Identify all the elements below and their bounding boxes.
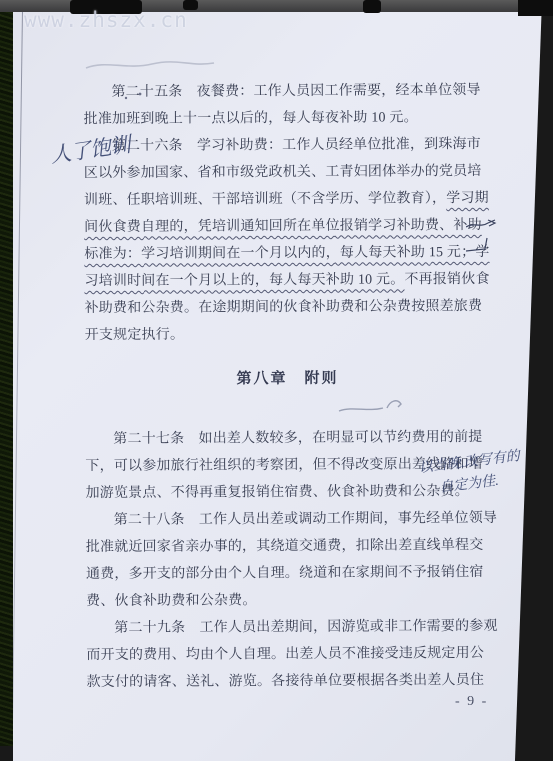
pencil-squiggle-middle (335, 395, 415, 419)
text-segment: 区以外参加国家、省和市级党政机关、工青妇团体举办的党员培 (84, 164, 482, 181)
text-segment: 批准加班到晚上十一点以后的，每人每夜补助 10 元。 (84, 110, 418, 127)
text-line: 区以外参加国家、省和市级党政机关、工青妇团体举办的党员培 (84, 158, 489, 187)
text-line: 批准就近回家省亲办事的，其绕道交通费，扣除出差直线单程交 (86, 532, 491, 561)
ink-flourish-hook (466, 236, 494, 256)
text-segment: 第二十五条 夜餐费：工作人员因工作需要，经本单位领导 (111, 83, 480, 100)
underlined-text: 学习期 (446, 191, 489, 206)
text-segment: 费、伙食补助费和公杂费。 (86, 593, 256, 609)
binder-mark (518, 0, 553, 16)
text-line: 开支规定执行。 (85, 320, 490, 349)
text-segment: 第二十七条 如出差人数较多，在明显可以节约费用的前提 (113, 430, 482, 447)
fold-crease-line (12, 9, 23, 761)
body-text-upper: 第二十五条 夜餐费：工作人员因工作需要，经本单位领导批准加班到晚上十一点以后的，… (83, 77, 489, 349)
text-segment: 开支规定执行。 (85, 328, 184, 344)
text-segment: 而开支的费用、均由个人自理。出差人员不准接受违反规定用公 (86, 646, 484, 663)
text-line: 第二十八条 工作人员出差或调动工作期间，事先经单位领导 (86, 505, 491, 534)
text-line: 第二十六条 学习补助费：工作人员经单位批准，到珠海市 (84, 131, 489, 160)
text-line: 习培训时间在一个月以上的，每人每天补助 10 元。不再报销伙食 (84, 266, 489, 295)
text-line: 第二十五条 夜餐费：工作人员因工作需要，经本单位领导 (83, 77, 488, 106)
underlined-text: 习培训时间在一个月以上的，每人每天补助 10 元。 (84, 272, 404, 289)
text-line: 批准加班到晚上十一点以后的，每人每夜补助 10 元。 (84, 104, 489, 133)
text-segment: 通费，多开支的部分由个人自理。绕道和在家期间不予报销住宿 (86, 565, 484, 582)
binding-edge (0, 6, 14, 746)
text-line: 款支付的请客、送礼、游览。各接待单位要根据各类出差人员住 (86, 667, 491, 696)
text-line: 而开支的费用、均由个人自理。出差人员不准接受违反规定用公 (86, 640, 491, 669)
ink-flourish-arrow (466, 216, 498, 232)
text-segment: 批准就近回家省亲办事的，其绕道交通费，扣除出差直线单程交 (86, 538, 484, 555)
document-body-text: 第二十五条 夜餐费：工作人员因工作需要，经本单位领导批准加班到晚上十一点以后的，… (83, 77, 491, 696)
underlined-text: 间伙食费自理的，凭培训通知回所在单位报销学习补助费、补助 (84, 218, 482, 235)
text-line: 通费，多开支的部分由个人自理。绕道和在家期间不予报销住宿 (86, 559, 491, 588)
text-segment: 第二十六条 学习补助费：工作人员经单位批准，到珠海市 (112, 137, 481, 154)
text-line: 第二十七条 如出差人数较多，在明显可以节约费用的前提 (85, 424, 490, 453)
underlined-text: 标准为：学习培训期间在一个月以内的，每人每天补助 15 元；学 (84, 245, 489, 262)
text-line: 训班、任职培训班、干部培训班（不含学历、学位教育），学习期 (84, 185, 489, 214)
text-segment: 第二十九条 工作人员出差期间，因游览或非工作需要的参观 (114, 619, 497, 636)
text-segment: 款支付的请客、送礼、游览。各接待单位要根据各类出差人员住 (87, 673, 485, 690)
scanned-page: www.zhszx.cn 第二十五条 夜餐费：工作人员因工作需要，经本单位领导批… (0, 0, 553, 761)
text-segment: 第二十八条 工作人员出差或调动工作期间，事先经单位领导 (114, 511, 497, 528)
text-segment: 不再报销伙食 (404, 272, 489, 287)
text-line: 第二十九条 工作人员出差期间，因游览或非工作需要的参观 (86, 613, 491, 642)
watermark: www.zhszx.cn (24, 8, 188, 32)
pencil-squiggle-top (82, 55, 222, 75)
text-segment: 加游览景点、不得再重复报销住宿费、伙食补助费和公杂费。 (86, 484, 469, 501)
page-number: - 9 - (455, 694, 488, 710)
text-line: 间伙食费自理的，凭培训通知回所在单位报销学习补助费、补助 (84, 212, 489, 241)
binder-mark (363, 0, 381, 13)
text-segment: 补助费和公杂费。在途期期间的伙食补助费和公杂费按照差旅费 (85, 299, 483, 316)
text-line: 标准为：学习培训期间在一个月以内的，每人每天补助 15 元；学 (84, 239, 489, 268)
text-segment: 训班、任职培训班、干部培训班（不含学历、学位教育）， (84, 191, 446, 208)
text-line: 补助费和公杂费。在途期期间的伙食补助费和公杂费按照差旅费 (85, 293, 490, 322)
chapter-heading: 第八章 附则 (85, 365, 490, 394)
text-line: 费、伙食补助费和公杂费。 (86, 586, 491, 615)
